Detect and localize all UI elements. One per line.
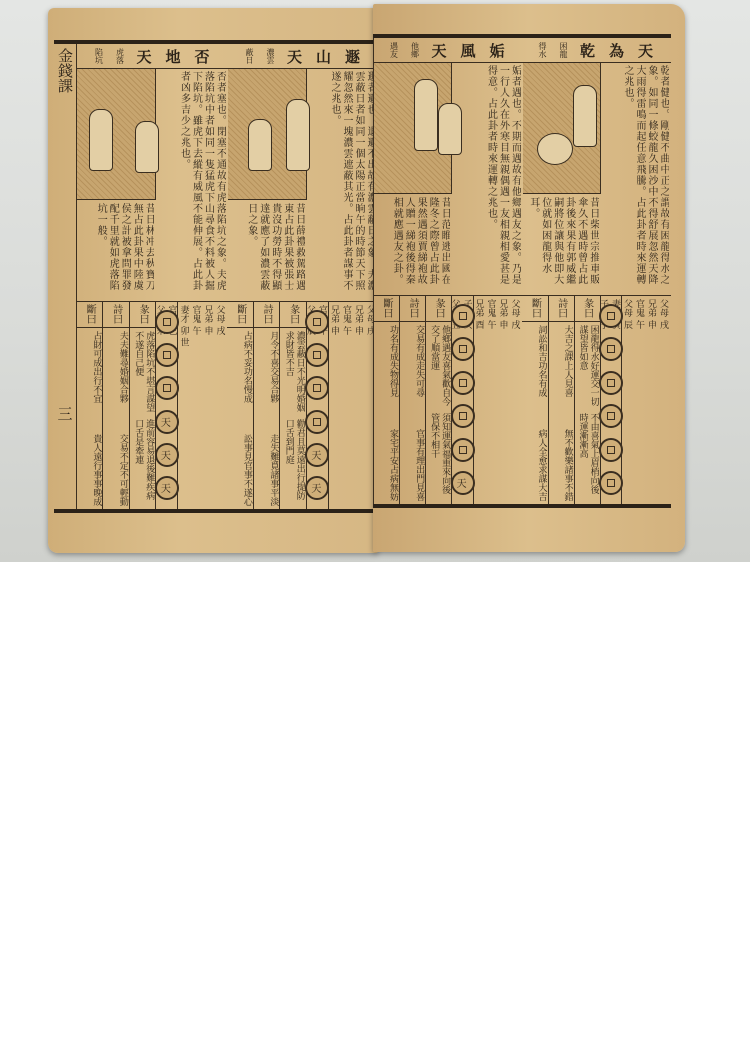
hexagram-story: 昔日柴世宗推車販傘久不遇時曾占此卦後來果有郭威繼嗣將位讓與他即大位就如困龍得水耳… — [525, 197, 599, 293]
hexagram-name: 天風姤 — [431, 40, 518, 61]
duan-text: 家宅平安占病無妨 — [375, 429, 398, 501]
hexagram-lines: 父母 戌 兄弟 申 官鬼 午 妻才 卯 世 官鬼 巳 父母 未 — [177, 301, 227, 509]
hexagram-name: 乾為天 — [580, 40, 667, 61]
hexagram-name: 天山遯 — [287, 46, 374, 67]
shi-text: 走失難覓諸事平淡 — [255, 434, 278, 506]
hexagram-subtitle: 濃雲 — [266, 48, 275, 64]
coin-icon — [305, 410, 329, 434]
hexagram-story: 昔日薛禮救駕路遇東占此卦果被張士貴沒功勞時不得顯達就應了如濃雲蔽日之象。 — [230, 203, 305, 299]
duan-text: 詞訟和吉功名有成 — [523, 325, 546, 397]
xiang-text: 困龍得水好運交一切謀望皆如意 — [576, 325, 599, 413]
coin-inscribed-icon — [155, 476, 179, 500]
verdict-table: 彖曰 他鄉遇友喜氣歡自今交了順當運須知運氣福重來向後管保不相干 詩曰 交易有成走… — [374, 295, 451, 504]
coin-inscribed-icon — [155, 443, 179, 467]
coin-icon — [451, 438, 475, 462]
duan-text: 訟事見官事不遂心 — [228, 434, 251, 506]
shi-label: 詩曰 — [549, 295, 574, 322]
duan-text: 占財可成出行不宜 — [78, 331, 101, 403]
page-number: 三 — [57, 404, 72, 424]
verdict-table: 彖曰 虎落陷坑不堪言謀望不遂自己便進前容易退後難疾病口舌是牽連 詩曰 夫夫難尋婚… — [77, 301, 155, 509]
right-page: 乾為天 困龍 得水 乾者健也。剛健不曲中正之謂故有困龍得水之象。如同一條蛟龍久困… — [373, 4, 685, 552]
right-page-frame: 乾為天 困龍 得水 乾者健也。剛健不曲中正之謂故有困龍得水之象。如同一條蛟龍久困… — [373, 34, 671, 508]
woodcut-illustration — [228, 69, 307, 200]
xiang-text: 虎落陷坑不堪言謀望不遂自己便 — [131, 331, 154, 419]
coin-icon — [451, 304, 475, 328]
margin-strip: 金錢課 三 — [54, 44, 77, 509]
duan-text: 占病不妥功名慢成 — [228, 331, 251, 403]
duan-text: 病人全愈求謀大吉 — [523, 429, 546, 501]
left-page-frame: 金錢課 三 天山遯 濃雲 蔽日 遯者避也。退避 — [54, 40, 378, 513]
hexagram-tian-feng-gou: 天風姤 他鄉 遇友 姤者遇也。不期而遇故有他鄉遇友之象。乃是一行人久在外寒目無親… — [373, 38, 523, 504]
book-photo: 金錢課 三 天山遯 濃雲 蔽日 遯者避也。退避 — [0, 0, 750, 562]
hexagram-qian-wei-tian: 乾為天 困龍 得水 乾者健也。剛健不曲中正之謂故有困龍得水之象。如同一條蛟龍久困… — [523, 38, 672, 504]
shi-text: 夫夫難尋婚姻合夥 — [104, 331, 127, 403]
shi-text: 月令不喜交易合夥 — [255, 331, 278, 403]
hexagram-explanation: 否者塞也。閉塞不通故有虎落陷坑之象。夫虎落陷坑中者如同一隻猛虎下山尋食不料被人掘… — [155, 71, 226, 297]
shi-text: 官事有理出門見喜 — [401, 429, 424, 501]
coin-inscribed-icon — [155, 410, 179, 434]
duan-label: 斷曰 — [227, 301, 252, 328]
shi-label: 詩曰 — [400, 295, 425, 322]
xiang-text: 他鄉遇友喜氣歡自今交了順當運 — [427, 325, 450, 413]
hexagram-subtitle: 他鄉 — [410, 42, 419, 58]
shi-text: 交易有成走失可尋 — [401, 325, 424, 397]
hexagram-explanation: 姤者遇也。不期而遇故有他鄉遇友之象。乃是一行人久在外寒目無親偶遇一友相親相愛甚是… — [451, 65, 521, 291]
hexagram-subtitle: 得水 — [538, 42, 547, 58]
hexagram-lines: 父母 戌 兄弟 申 官鬼 午 兄弟 申 官鬼 午 父母 辰 — [328, 301, 378, 509]
duan-label: 斷曰 — [77, 301, 102, 328]
coin-icon — [451, 404, 475, 428]
duan-label: 斷曰 — [374, 295, 399, 322]
left-page: 金錢課 三 天山遯 濃雲 蔽日 遯者避也。退避 — [48, 8, 378, 553]
hexagram-subtitle: 遇友 — [389, 42, 398, 58]
hexagram-subtitle: 虎落 — [115, 48, 124, 64]
duan-text: 貴人遠行事事晚成 — [78, 434, 101, 506]
hexagram-tian-di-pi: 天地否 虎落 陷坑 否者塞也。閉塞不通故有虎落陷坑之象。夫虎落陷坑中者如同一隻猛… — [76, 44, 228, 509]
coin-icon — [451, 337, 475, 361]
xiang-text: 勸君且莫遠出行提防口舌到門庭 — [281, 419, 304, 507]
blank-area — [0, 562, 750, 1054]
duan-text: 功名有成失物得見 — [375, 325, 398, 397]
coin-icon — [599, 304, 623, 328]
xiang-text: 須知運氣福重來向後管保不相干 — [427, 413, 450, 501]
duan-label: 斷曰 — [522, 295, 547, 322]
coin-icon — [155, 343, 179, 367]
coin-icon — [599, 438, 623, 462]
coin-inscribed-icon — [451, 471, 475, 495]
hexagram-subtitle: 困龍 — [559, 42, 568, 58]
coin-icon — [155, 310, 179, 334]
coin-icon — [155, 376, 179, 400]
hexagram-story: 昔日林冲去秋寶刀無占此卦果中陸虞侯之計被拿問罪發配千里就如虎落陷坑一般。 — [79, 203, 154, 299]
shi-text: 大吉之課上人見喜 — [550, 325, 573, 397]
xiang-label: 彖曰 — [130, 301, 155, 328]
hexagram-lines: 父母 戌 兄弟 申 官鬼 午 父母 辰 妻才 寅 子孫 子 — [621, 295, 671, 504]
hexagram-subtitle: 蔽日 — [245, 48, 254, 64]
hexagram-story: 昔日范睢逃出國在隆冬之際曾占此卦果然遇須賈綈袍故人贈一綈袍後得秦相就應遇友之卦。 — [376, 197, 450, 293]
woodcut-illustration — [77, 69, 156, 200]
coin-icon — [451, 371, 475, 395]
shi-label: 詩曰 — [103, 301, 128, 328]
shi-label: 詩曰 — [254, 301, 279, 328]
hexagram-name: 天地否 — [136, 46, 223, 67]
hexagram-lines: 父母 戌 兄弟 申 官鬼 午 兄弟 酉 子孫 亥 父母 丑 — [473, 295, 523, 504]
shi-text: 無不歡樂諸事不錯 — [550, 429, 573, 501]
xiang-label: 彖曰 — [575, 295, 600, 322]
verdict-table: 彖曰 濃雲蔽日不光明婚姻求財皆不吉勸君且莫遠出行提防口舌到門庭 詩曰 月令不喜交… — [228, 301, 306, 509]
woodcut-illustration — [374, 63, 452, 194]
coin-icon — [305, 310, 329, 334]
book-title: 金錢課 — [55, 48, 75, 93]
shi-text: 交易不定不可輕動 — [104, 434, 127, 506]
xiang-text: 不由喜氣上眉梢向後時運漸漸高 — [576, 413, 599, 501]
hexagram-explanation: 乾者健也。剛健不曲中正之謂故有困龍得水之象。如同一條蛟龍久困沙中不得舒展忽然天降… — [599, 65, 669, 291]
coin-icon — [599, 371, 623, 395]
xiang-label: 彖曰 — [280, 301, 305, 328]
woodcut-illustration — [523, 63, 601, 194]
xiang-text: 進前容易退後難疾病口舌是牽連 — [131, 419, 154, 507]
xiang-text: 濃雲蔽日不光明婚姻求財皆不吉 — [281, 331, 304, 419]
hexagram-tian-shan-dun: 天山遯 濃雲 蔽日 遯者避也。退避不出故有濃雲蔽日之象。夫濃雲蔽日者如同一個太陽… — [228, 44, 379, 509]
hexagram-subtitle: 陷坑 — [94, 48, 103, 64]
hexagram-explanation: 遯者避也。退避不出故有濃雲蔽日之象。夫濃雲蔽日者如同一個太陽正當晌午的時節天下照… — [305, 71, 376, 297]
xiang-label: 彖曰 — [426, 295, 451, 322]
verdict-table: 彖曰 困龍得水好運交一切謀望皆如意不由喜氣上眉梢向後時運漸漸高 詩曰 大吉之課上… — [523, 295, 600, 504]
